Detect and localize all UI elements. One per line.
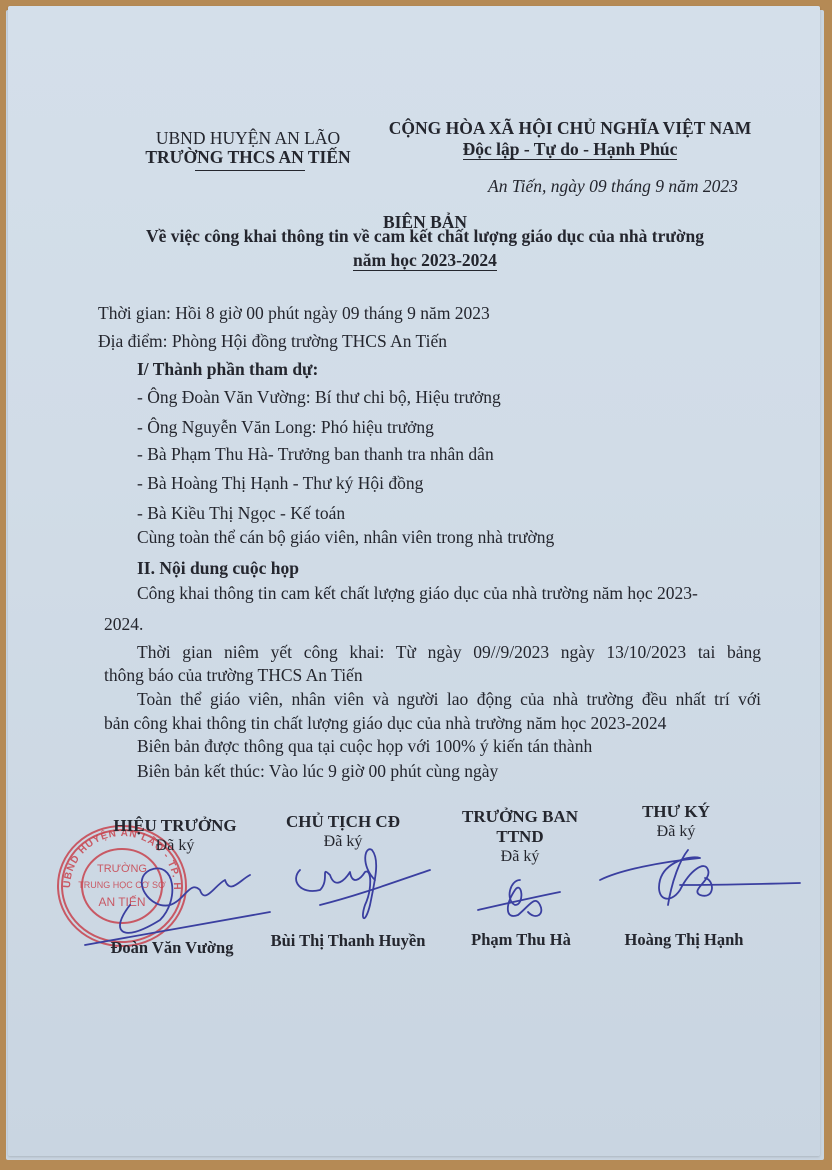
handwritten-signatures-icon xyxy=(0,0,832,1170)
